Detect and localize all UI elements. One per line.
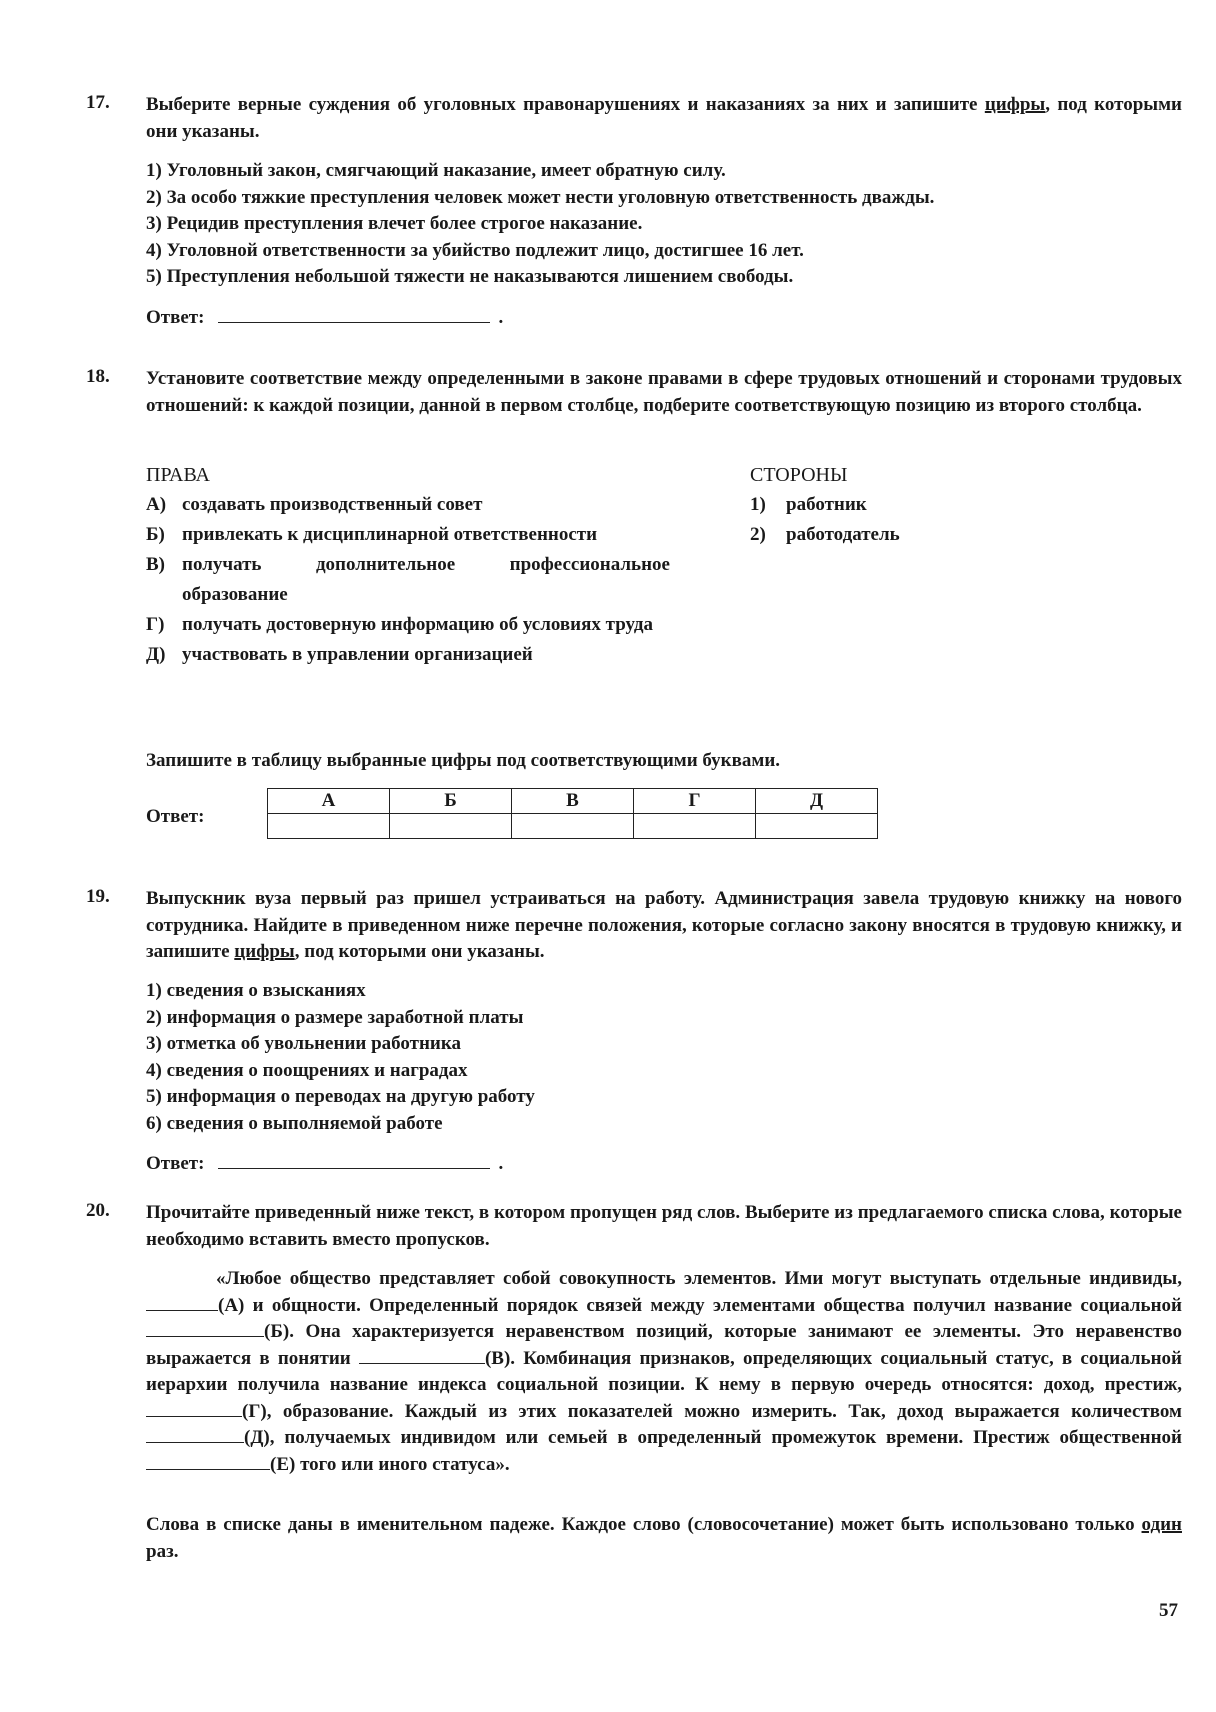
task-number: 20. [86,1200,110,1222]
table-header-cell: Б [390,789,512,814]
text-segment: (Г), образование. Каждый из этих показат… [242,1401,1182,1422]
task-prompt: Выберите верные суждения об уголовных пр… [146,92,1182,145]
prompt-text: Выберите верные суждения об уголовных пр… [146,94,985,115]
option-item: 5) информация о переводах на другую рабо… [146,1084,535,1111]
side-item: 2)работодатель [750,520,1050,550]
answer-label: Ответ: [146,307,204,328]
answer-table: А Б В Г Д [267,788,878,839]
page-number: 57 [1159,1600,1178,1622]
answer-field[interactable] [218,304,490,323]
option-item: 3) Рецидив преступления влечет более стр… [146,211,934,238]
note-emphasis: один [1142,1514,1182,1535]
item-text: создавать производственный совет [182,490,670,520]
task-prompt: Выпускник вуза первый раз пришел устраив… [146,886,1182,966]
sides-column: СТОРОНЫ 1)работник 2)работодатель [750,460,1050,550]
option-item: 2) информация о размере заработной платы [146,1005,535,1032]
answer-dot: . [498,1153,503,1174]
table-instruction: Запишите в таблицу выбранные цифры под с… [146,750,780,772]
answer-field[interactable] [218,1150,490,1169]
options-list: 1) Уголовный закон, смягчающий наказание… [146,158,934,291]
task-note: Слова в списке даны в именительном падеж… [146,1512,1182,1565]
blank-d[interactable] [146,1400,242,1417]
item-text: работник [786,490,867,520]
right-item: Д)участвовать в управлении организацией [146,640,670,670]
table-header-cell: В [512,789,634,814]
table-answer-row [268,814,878,839]
answer-dot: . [498,307,503,328]
option-item: 4) сведения о поощрениях и наградах [146,1058,535,1085]
blank-e[interactable] [146,1426,244,1443]
answer-row: Ответ:. [146,304,503,329]
answer-cell[interactable] [512,814,634,839]
right-item: Г)получать достоверную информацию об усл… [146,610,670,640]
item-label: Б) [146,520,182,550]
blank-b[interactable] [146,1320,264,1337]
option-item: 1) Уголовный закон, смягчающий наказание… [146,158,934,185]
text-segment: (Е) того или иного статуса». [270,1454,510,1475]
options-list: 1) сведения о взысканиях 2) информация о… [146,978,535,1137]
table-header-cell: Д [756,789,878,814]
task-number: 19. [86,886,110,908]
item-label: Д) [146,640,182,670]
answer-cell[interactable] [634,814,756,839]
answer-cell[interactable] [756,814,878,839]
column-heading: СТОРОНЫ [750,460,1050,490]
item-label: 1) [750,490,786,520]
answer-label: Ответ: [146,1153,204,1174]
task-prompt: Установите соответствие между определенн… [146,366,1182,419]
table-header-cell: А [268,789,390,814]
text-segment: «Любое общество представляет собой совок… [216,1268,1182,1289]
option-item: 4) Уголовной ответственности за убийство… [146,238,934,265]
blank-f[interactable] [146,1453,270,1470]
right-item: В)получать дополнительное профессиональн… [146,550,670,610]
item-label: Г) [146,610,182,640]
option-item: 6) сведения о выполняемой работе [146,1111,535,1138]
prompt-emphasis: цифры [234,941,294,962]
right-item: А)создавать производственный совет [146,490,670,520]
item-text: привлекать к дисциплинарной ответственно… [182,520,670,550]
prompt-text: , под которыми они указаны. [295,941,545,962]
blank-a[interactable] [146,1294,218,1311]
blank-c[interactable] [359,1347,485,1364]
gap-fill-text: «Любое общество представляет собой совок… [146,1266,1182,1478]
answer-label: Ответ: [146,806,204,828]
text-segment: (Д), получаемых индивидом или семьей в о… [244,1427,1182,1448]
prompt-emphasis: цифры [985,94,1045,115]
item-label: В) [146,550,182,610]
table-header-row: А Б В Г Д [268,789,878,814]
table-header-cell: Г [634,789,756,814]
task-number: 17. [86,92,110,114]
note-text: Слова в списке даны в именительном падеж… [146,1514,1142,1535]
answer-row: Ответ:. [146,1150,503,1175]
column-heading: ПРАВА [146,460,670,490]
item-label: 2) [750,520,786,550]
task-prompt: Прочитайте приведенный ниже текст, в кот… [146,1200,1182,1253]
item-text: работодатель [786,520,900,550]
task-number: 18. [86,366,110,388]
side-item: 1)работник [750,490,1050,520]
note-text: раз. [146,1541,178,1562]
option-item: 1) сведения о взысканиях [146,978,535,1005]
answer-cell[interactable] [390,814,512,839]
item-text: получать достоверную информацию об услов… [182,610,670,640]
item-text: получать дополнительное профессиональное… [182,550,670,610]
text-segment: (А) и общности. Определенный порядок свя… [218,1295,1182,1316]
right-item: Б)привлекать к дисциплинарной ответствен… [146,520,670,550]
item-label: А) [146,490,182,520]
option-item: 2) За особо тяжкие преступления человек … [146,185,934,212]
item-text: участвовать в управлении организацией [182,640,670,670]
rights-column: ПРАВА А)создавать производственный совет… [146,460,670,670]
option-item: 5) Преступления небольшой тяжести не нак… [146,264,934,291]
answer-cell[interactable] [268,814,390,839]
option-item: 3) отметка об увольнении работника [146,1031,535,1058]
